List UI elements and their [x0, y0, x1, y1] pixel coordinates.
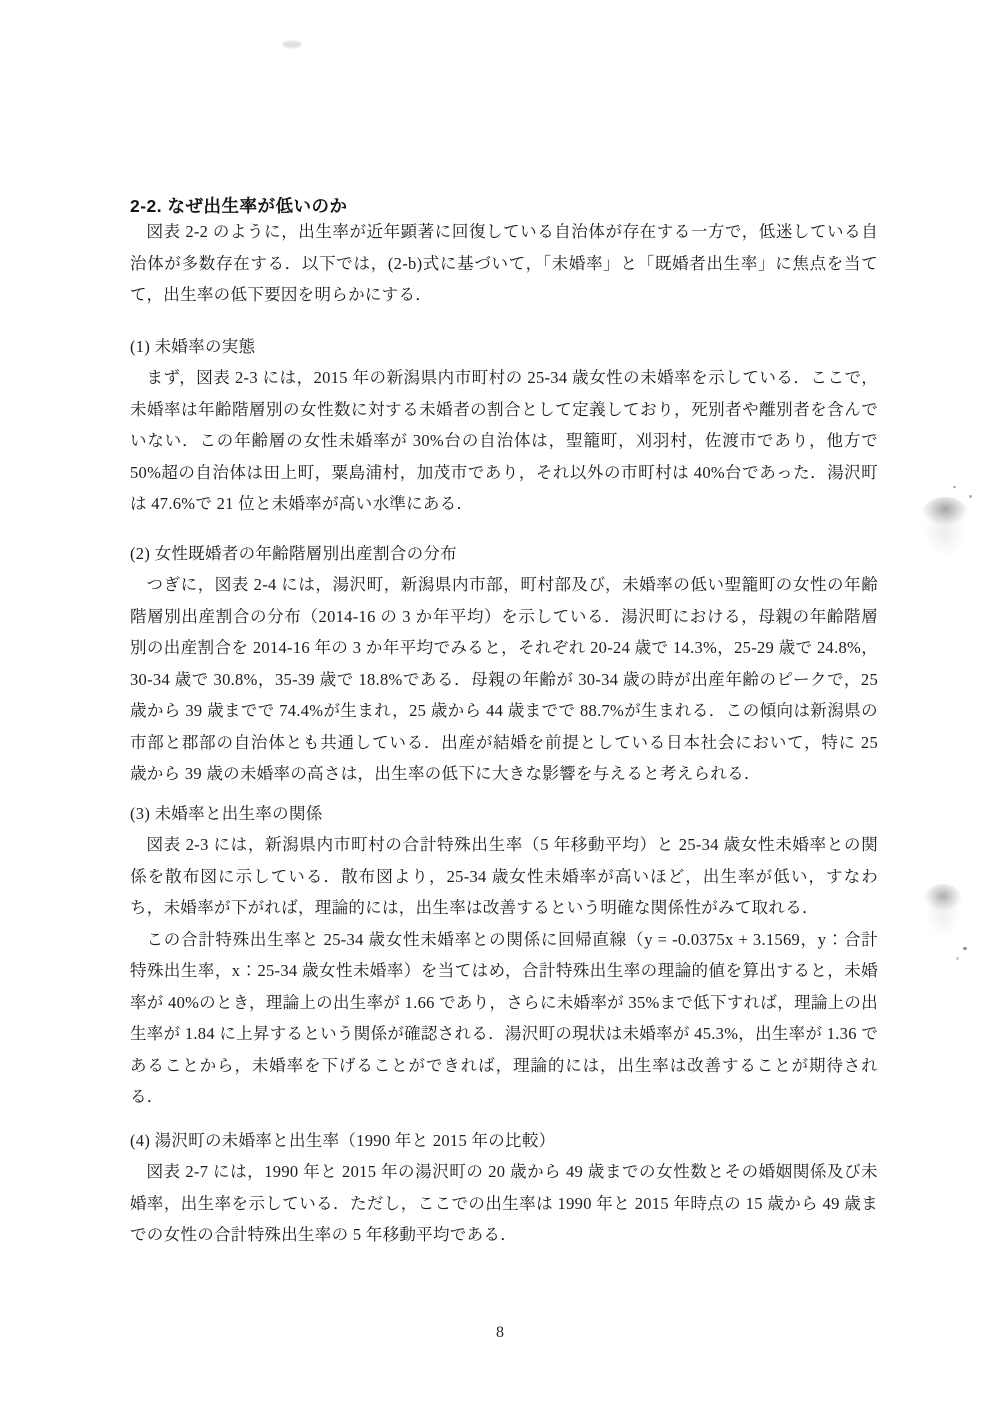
scan-speck [956, 957, 959, 960]
subsection-3-heading: (3) 未婚率と出生率の関係 [130, 798, 878, 830]
subsection-2-paragraph: つぎに，図表 2-4 には，湯沢町，新潟県内市部，町村部及び，未婚率の低い聖籠町… [130, 569, 878, 790]
subsection-2: (2) 女性既婚者の年齢階層別出産割合の分布 つぎに，図表 2-4 には，湯沢町… [130, 538, 878, 790]
subsection-1-heading: (1) 未婚率の実態 [130, 331, 878, 363]
subsection-1: (1) 未婚率の実態 まず，図表 2-3 には，2015 年の新潟県内市町村の … [130, 331, 878, 520]
scan-speck [969, 495, 972, 498]
scan-speck [963, 947, 967, 950]
subsection-3: (3) 未婚率と出生率の関係 図表 2-3 には，新潟県内市町村の合計特殊出生率… [130, 798, 878, 1113]
intro-paragraph: 図表 2-2 のように，出生率が近年顕著に回復している自治体が存在する一方で，低… [130, 216, 878, 311]
subsection-4-heading: (4) 湯沢町の未婚率と出生率（1990 年と 2015 年の比較） [130, 1125, 878, 1157]
subsection-3-paragraph-2: この合計特殊出生率と 25-34 歳女性未婚率との関係に回帰直線（y = -0.… [130, 924, 878, 1113]
subsection-1-paragraph: まず，図表 2-3 には，2015 年の新潟県内市町村の 25-34 歳女性の未… [130, 362, 878, 520]
page-number: 8 [0, 1324, 1000, 1342]
subsection-4-paragraph: 図表 2-7 には，1990 年と 2015 年の湯沢町の 20 歳から 49 … [130, 1156, 878, 1251]
scan-smudge-right-upper [916, 497, 974, 557]
scan-smudge-right-lower [919, 884, 967, 938]
scanned-paper-page: 2-2. なぜ出生率が低いのか 図表 2-2 のように，出生率が近年顕著に回復し… [0, 0, 1000, 1425]
page-content: 2-2. なぜ出生率が低いのか 図表 2-2 のように，出生率が近年顕著に回復し… [130, 196, 878, 1251]
section-title: 2-2. なぜ出生率が低いのか [130, 196, 878, 216]
subsection-3-paragraph-1: 図表 2-3 には，新潟県内市町村の合計特殊出生率（5 年移動平均）と 25-3… [130, 829, 878, 924]
subsection-2-heading: (2) 女性既婚者の年齢階層別出産割合の分布 [130, 538, 878, 570]
scan-smudge-top [283, 41, 301, 48]
scan-speck [953, 486, 956, 488]
subsection-4: (4) 湯沢町の未婚率と出生率（1990 年と 2015 年の比較） 図表 2-… [130, 1125, 878, 1251]
